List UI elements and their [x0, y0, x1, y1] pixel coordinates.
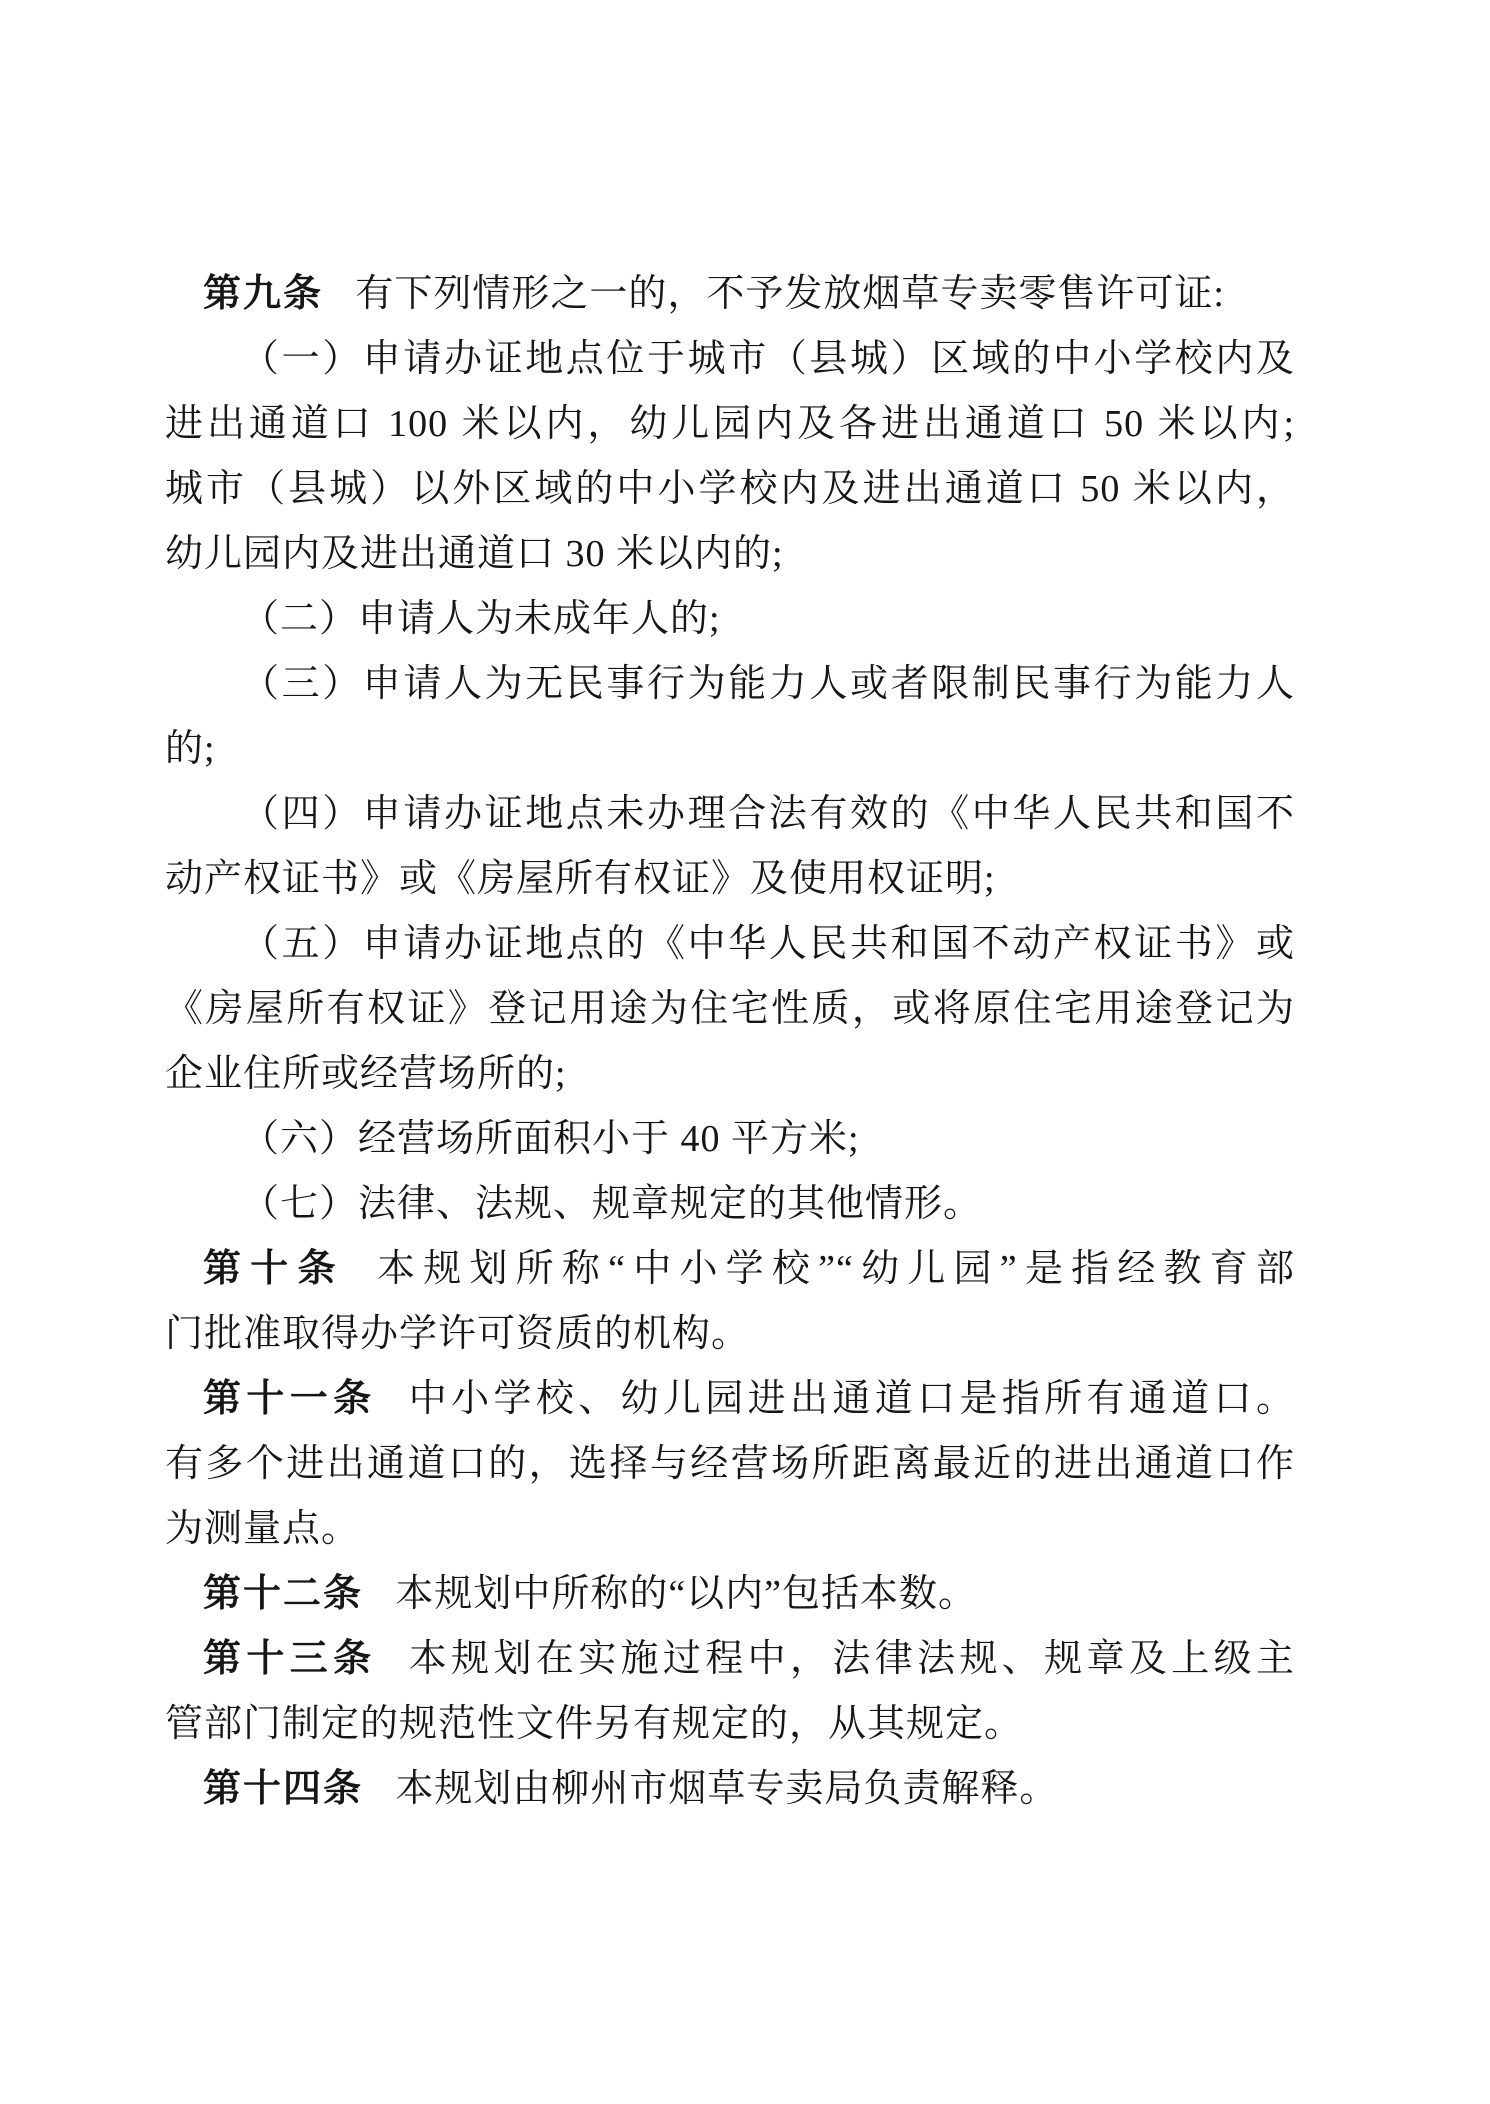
- document-line: （六）经营场所面积小于 40 平方米;: [165, 1107, 1295, 1172]
- document-line: 第十四条本规划由柳州市烟草专卖局负责解释。: [165, 1757, 1295, 1822]
- line-text: 企业住所或经营场所的;: [165, 1053, 567, 1095]
- line-text: 动产权证书》或《房屋所有权证》及使用权证明;: [165, 858, 996, 900]
- line-text: 进出通道口 100 米以内，幼儿园内及各进出通道口 50 米以内;: [165, 403, 1295, 445]
- document-line: （四）申请办证地点未办理合法有效的《中华人民共和国不: [165, 782, 1295, 847]
- article-number: 第十二条: [203, 1573, 363, 1615]
- document-line: 动产权证书》或《房屋所有权证》及使用权证明;: [165, 847, 1295, 912]
- line-text: 有下列情形之一的，不予发放烟草专卖零售许可证:: [355, 273, 1225, 315]
- document-line: 的;: [165, 717, 1295, 782]
- line-text: （二）申请人为未成年人的;: [241, 598, 721, 640]
- line-text: 幼儿园内及进出通道口 30 米以内的;: [165, 533, 784, 575]
- document-line: 幼儿园内及进出通道口 30 米以内的;: [165, 522, 1295, 587]
- article-number: 第十一条: [203, 1378, 376, 1420]
- article-number: 第十三条: [203, 1638, 376, 1680]
- line-text: （五）申请办证地点的《中华人民共和国不动产权证书》或: [241, 923, 1295, 965]
- line-text: 门批准取得办学许可资质的机构。: [165, 1313, 750, 1355]
- document-line: 门批准取得办学许可资质的机构。: [165, 1302, 1295, 1367]
- line-text: （六）经营场所面积小于 40 平方米;: [241, 1118, 860, 1160]
- document-text-block: 第九条有下列情形之一的，不予发放烟草专卖零售许可证:（一）申请办证地点位于城市（…: [165, 262, 1295, 1822]
- line-text: （七）法律、法规、规章规定的其他情形。: [241, 1183, 982, 1225]
- document-line: （三）申请人为无民事行为能力人或者限制民事行为能力人: [165, 652, 1295, 717]
- line-text: 的;: [165, 728, 216, 770]
- line-text: （一）申请办证地点位于城市（县城）区域的中小学校内及: [241, 338, 1295, 380]
- document-line: 第十条本规划所称“中小学校”“幼儿园”是指经教育部: [165, 1237, 1295, 1302]
- line-text: 城市（县城）以外区域的中小学校内及进出通道口 50 米以内，: [165, 468, 1295, 510]
- document-page: 第九条有下列情形之一的，不予发放烟草专卖零售许可证:（一）申请办证地点位于城市（…: [0, 0, 1490, 2104]
- line-text: 本规划由柳州市烟草专卖局负责解释。: [395, 1768, 1058, 1810]
- document-line: 第十二条本规划中所称的“以内”包括本数。: [165, 1562, 1295, 1627]
- document-line: 有多个进出通道口的，选择与经营场所距离最近的进出通道口作: [165, 1432, 1295, 1497]
- document-line: 第九条有下列情形之一的，不予发放烟草专卖零售许可证:: [165, 262, 1295, 327]
- document-line: 进出通道口 100 米以内，幼儿园内及各进出通道口 50 米以内;: [165, 392, 1295, 457]
- line-text: 本规划在实施过程中，法律法规、规章及上级主: [409, 1638, 1295, 1680]
- document-line: 第十一条中小学校、幼儿园进出通道口是指所有通道口。: [165, 1367, 1295, 1432]
- line-text: 《房屋所有权证》登记用途为住宅性质，或将原住宅用途登记为: [165, 988, 1295, 1030]
- line-text: 管部门制定的规范性文件另有规定的，从其规定。: [165, 1703, 1023, 1745]
- line-text: 本规划中所称的“以内”包括本数。: [395, 1573, 977, 1615]
- line-text: （三）申请人为无民事行为能力人或者限制民事行为能力人: [241, 663, 1295, 705]
- line-text: 有多个进出通道口的，选择与经营场所距离最近的进出通道口作: [165, 1443, 1295, 1485]
- document-line: 为测量点。: [165, 1497, 1295, 1562]
- article-number: 第十四条: [203, 1768, 363, 1810]
- line-text: 中小学校、幼儿园进出通道口是指所有通道口。: [409, 1378, 1295, 1420]
- article-number: 第十条: [203, 1248, 345, 1290]
- document-line: 企业住所或经营场所的;: [165, 1042, 1295, 1107]
- document-line: 管部门制定的规范性文件另有规定的，从其规定。: [165, 1692, 1295, 1757]
- document-line: 《房屋所有权证》登记用途为住宅性质，或将原住宅用途登记为: [165, 977, 1295, 1042]
- document-line: 第十三条本规划在实施过程中，法律法规、规章及上级主: [165, 1627, 1295, 1692]
- line-text: 为测量点。: [165, 1508, 360, 1550]
- article-number: 第九条: [203, 273, 323, 315]
- line-text: （四）申请办证地点未办理合法有效的《中华人民共和国不: [241, 793, 1295, 835]
- line-text: 本规划所称“中小学校”“幼儿园”是指经教育部: [377, 1248, 1295, 1290]
- document-line: （二）申请人为未成年人的;: [165, 587, 1295, 652]
- document-line: （五）申请办证地点的《中华人民共和国不动产权证书》或: [165, 912, 1295, 977]
- document-line: （七）法律、法规、规章规定的其他情形。: [165, 1172, 1295, 1237]
- document-line: 城市（县城）以外区域的中小学校内及进出通道口 50 米以内，: [165, 457, 1295, 522]
- document-line: （一）申请办证地点位于城市（县城）区域的中小学校内及: [165, 327, 1295, 392]
